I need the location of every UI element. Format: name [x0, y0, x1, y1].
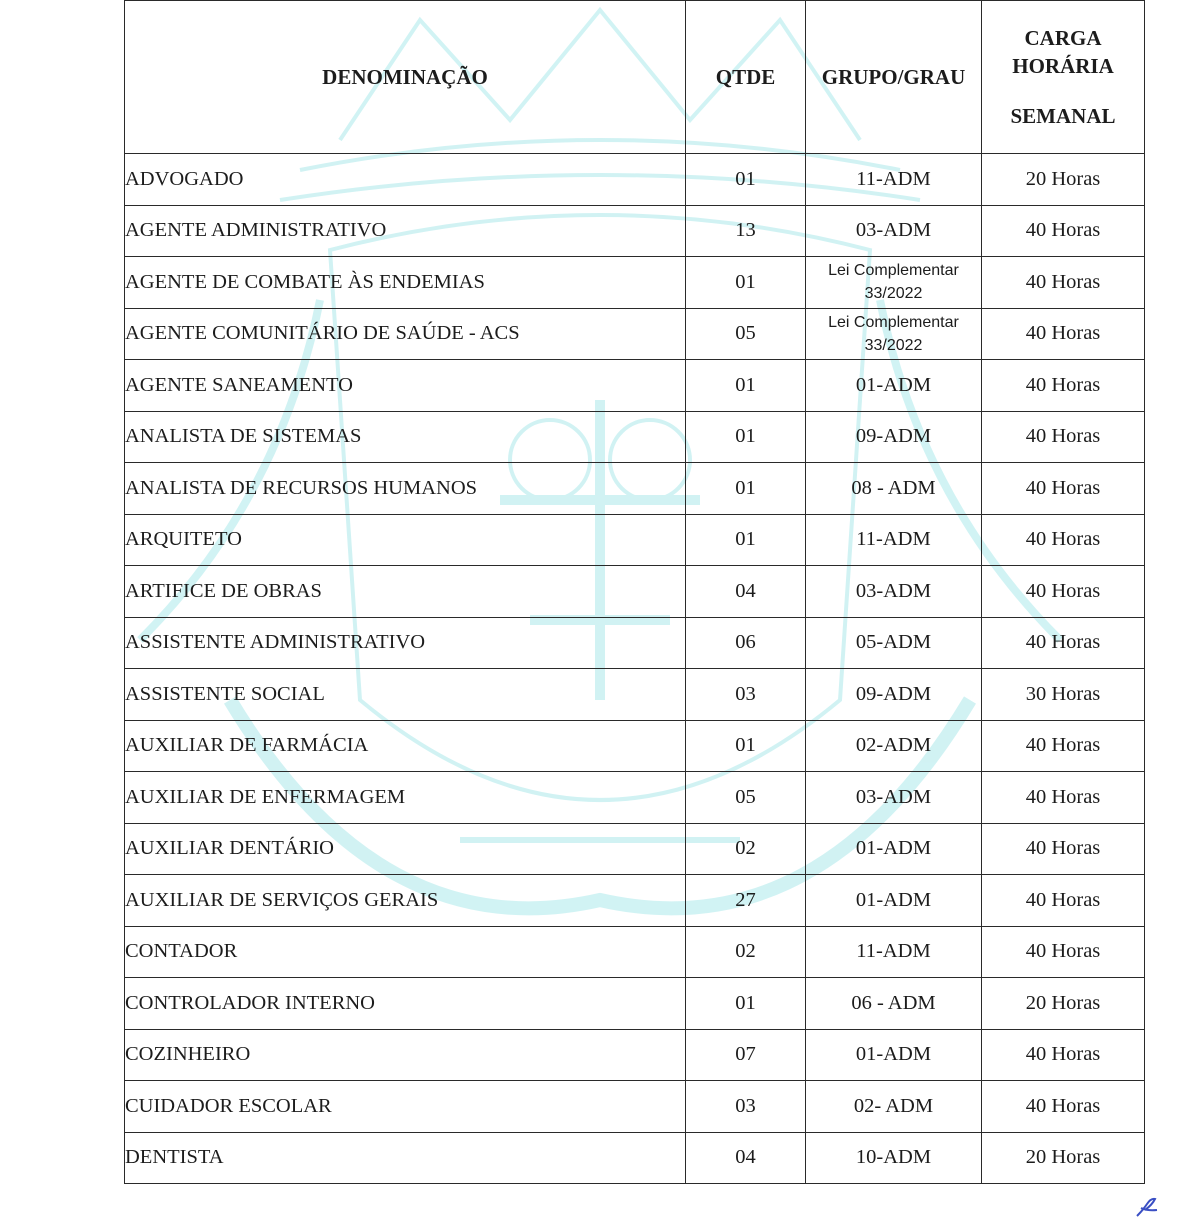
cell-denominacao: AGENTE COMUNITÁRIO DE SAÚDE - ACS — [125, 308, 686, 360]
header-carga-line1: CARGA — [982, 24, 1144, 52]
table-row: AGENTE DE COMBATE ÀS ENDEMIAS01Lei Compl… — [125, 257, 1145, 309]
table-row: DENTISTA0410-ADM20 Horas — [125, 1132, 1145, 1184]
table-row: AUXILIAR DE ENFERMAGEM0503-ADM40 Horas — [125, 772, 1145, 824]
cell-grupo: 02-ADM — [806, 720, 982, 772]
cell-denominacao: ASSISTENTE SOCIAL — [125, 669, 686, 721]
cell-grupo: 01-ADM — [806, 1029, 982, 1081]
cell-grupo-line1: Lei Complementar — [806, 259, 981, 282]
table-row: CUIDADOR ESCOLAR0302- ADM40 Horas — [125, 1081, 1145, 1133]
cell-qtde: 01 — [686, 720, 806, 772]
cell-qtde: 04 — [686, 1132, 806, 1184]
cell-grupo: 03-ADM — [806, 205, 982, 257]
cell-qtde: 05 — [686, 772, 806, 824]
cell-grupo: 09-ADM — [806, 411, 982, 463]
cell-grupo: 03-ADM — [806, 566, 982, 618]
cell-qtde: 06 — [686, 617, 806, 669]
cell-qtde: 01 — [686, 257, 806, 309]
cell-grupo: 01-ADM — [806, 360, 982, 412]
cell-qtde: 01 — [686, 978, 806, 1030]
cell-carga-horaria: 40 Horas — [982, 875, 1145, 927]
header-carga-line2: HORÁRIA — [982, 52, 1144, 80]
cell-qtde: 01 — [686, 411, 806, 463]
cell-carga-horaria: 20 Horas — [982, 154, 1145, 206]
table-row: ASSISTENTE ADMINISTRATIVO0605-ADM40 Hora… — [125, 617, 1145, 669]
cell-qtde: 01 — [686, 154, 806, 206]
cell-qtde: 27 — [686, 875, 806, 927]
cell-carga-horaria: 40 Horas — [982, 617, 1145, 669]
cell-grupo: Lei Complementar33/2022 — [806, 308, 982, 360]
cell-carga-horaria: 40 Horas — [982, 463, 1145, 515]
cell-grupo: 01-ADM — [806, 875, 982, 927]
cell-grupo: 11-ADM — [806, 154, 982, 206]
table-row: ASSISTENTE SOCIAL0309-ADM30 Horas — [125, 669, 1145, 721]
cell-qtde: 13 — [686, 205, 806, 257]
cell-denominacao: ARQUITETO — [125, 514, 686, 566]
cell-grupo-line2: 33/2022 — [806, 334, 981, 357]
cell-carga-horaria: 20 Horas — [982, 1132, 1145, 1184]
cell-carga-horaria: 40 Horas — [982, 1029, 1145, 1081]
cell-denominacao: ARTIFICE DE OBRAS — [125, 566, 686, 618]
header-qtde: QTDE — [686, 1, 806, 154]
cell-grupo: 01-ADM — [806, 823, 982, 875]
cell-qtde: 02 — [686, 823, 806, 875]
cell-grupo-line2: 33/2022 — [806, 282, 981, 305]
cell-denominacao: CONTADOR — [125, 926, 686, 978]
cell-denominacao: COZINHEIRO — [125, 1029, 686, 1081]
table-row: AUXILIAR DE SERVIÇOS GERAIS2701-ADM40 Ho… — [125, 875, 1145, 927]
cell-grupo: 09-ADM — [806, 669, 982, 721]
cell-denominacao: ASSISTENTE ADMINISTRATIVO — [125, 617, 686, 669]
table-row: COZINHEIRO0701-ADM40 Horas — [125, 1029, 1145, 1081]
cell-qtde: 04 — [686, 566, 806, 618]
cell-grupo: 02- ADM — [806, 1081, 982, 1133]
cell-grupo: 11-ADM — [806, 514, 982, 566]
cell-denominacao: ANALISTA DE RECURSOS HUMANOS — [125, 463, 686, 515]
cell-grupo: 03-ADM — [806, 772, 982, 824]
table-row: AUXILIAR DENTÁRIO0201-ADM40 Horas — [125, 823, 1145, 875]
cargos-table: DENOMINAÇÃO QTDE GRUPO/GRAU CARGA HORÁRI… — [124, 0, 1145, 1184]
cell-grupo: 05-ADM — [806, 617, 982, 669]
cell-grupo: 11-ADM — [806, 926, 982, 978]
cell-carga-horaria: 40 Horas — [982, 257, 1145, 309]
cell-denominacao: AUXILIAR DENTÁRIO — [125, 823, 686, 875]
cell-denominacao: AUXILIAR DE ENFERMAGEM — [125, 772, 686, 824]
table-row: CONTROLADOR INTERNO0106 - ADM20 Horas — [125, 978, 1145, 1030]
cell-carga-horaria: 40 Horas — [982, 1081, 1145, 1133]
header-grupo: GRUPO/GRAU — [806, 1, 982, 154]
cell-qtde: 03 — [686, 1081, 806, 1133]
table-row: AUXILIAR DE FARMÁCIA0102-ADM40 Horas — [125, 720, 1145, 772]
cell-qtde: 01 — [686, 360, 806, 412]
table-row: ANALISTA DE SISTEMAS0109-ADM40 Horas — [125, 411, 1145, 463]
cell-denominacao: ADVOGADO — [125, 154, 686, 206]
cell-carga-horaria: 30 Horas — [982, 669, 1145, 721]
table-row: ARQUITETO0111-ADM40 Horas — [125, 514, 1145, 566]
cell-grupo: 06 - ADM — [806, 978, 982, 1030]
cell-carga-horaria: 40 Horas — [982, 566, 1145, 618]
cell-grupo: 10-ADM — [806, 1132, 982, 1184]
cell-qtde: 05 — [686, 308, 806, 360]
cell-carga-horaria: 40 Horas — [982, 308, 1145, 360]
cell-grupo-line1: Lei Complementar — [806, 311, 981, 334]
table-row: ARTIFICE DE OBRAS0403-ADM40 Horas — [125, 566, 1145, 618]
cell-denominacao: DENTISTA — [125, 1132, 686, 1184]
cell-denominacao: AGENTE SANEAMENTO — [125, 360, 686, 412]
cell-denominacao: CONTROLADOR INTERNO — [125, 978, 686, 1030]
cell-carga-horaria: 20 Horas — [982, 978, 1145, 1030]
table-row: AGENTE ADMINISTRATIVO1303-ADM40 Horas — [125, 205, 1145, 257]
cell-qtde: 03 — [686, 669, 806, 721]
cell-denominacao: ANALISTA DE SISTEMAS — [125, 411, 686, 463]
header-carga-line3: SEMANAL — [982, 102, 1144, 130]
header-denominacao: DENOMINAÇÃO — [125, 1, 686, 154]
cell-denominacao: AUXILIAR DE FARMÁCIA — [125, 720, 686, 772]
cell-carga-horaria: 40 Horas — [982, 411, 1145, 463]
table-header-row: DENOMINAÇÃO QTDE GRUPO/GRAU CARGA HORÁRI… — [125, 1, 1145, 154]
cell-denominacao: AGENTE DE COMBATE ÀS ENDEMIAS — [125, 257, 686, 309]
cell-grupo: 08 - ADM — [806, 463, 982, 515]
table-row: ANALISTA DE RECURSOS HUMANOS0108 - ADM40… — [125, 463, 1145, 515]
table-row: CONTADOR0211-ADM40 Horas — [125, 926, 1145, 978]
cell-carga-horaria: 40 Horas — [982, 823, 1145, 875]
cell-carga-horaria: 40 Horas — [982, 514, 1145, 566]
cell-qtde: 02 — [686, 926, 806, 978]
cell-qtde: 01 — [686, 463, 806, 515]
cell-carga-horaria: 40 Horas — [982, 720, 1145, 772]
cell-denominacao: AUXILIAR DE SERVIÇOS GERAIS — [125, 875, 686, 927]
header-carga-horaria: CARGA HORÁRIA SEMANAL — [982, 1, 1145, 154]
cell-denominacao: AGENTE ADMINISTRATIVO — [125, 205, 686, 257]
cell-qtde: 07 — [686, 1029, 806, 1081]
cell-qtde: 01 — [686, 514, 806, 566]
signature-mark-icon — [1135, 1196, 1161, 1218]
cell-denominacao: CUIDADOR ESCOLAR — [125, 1081, 686, 1133]
table-row: AGENTE COMUNITÁRIO DE SAÚDE - ACS05Lei C… — [125, 308, 1145, 360]
cell-carga-horaria: 40 Horas — [982, 926, 1145, 978]
cell-carga-horaria: 40 Horas — [982, 205, 1145, 257]
table-row: AGENTE SANEAMENTO0101-ADM40 Horas — [125, 360, 1145, 412]
cell-grupo: Lei Complementar33/2022 — [806, 257, 982, 309]
cell-carga-horaria: 40 Horas — [982, 360, 1145, 412]
cell-carga-horaria: 40 Horas — [982, 772, 1145, 824]
table-row: ADVOGADO0111-ADM20 Horas — [125, 154, 1145, 206]
